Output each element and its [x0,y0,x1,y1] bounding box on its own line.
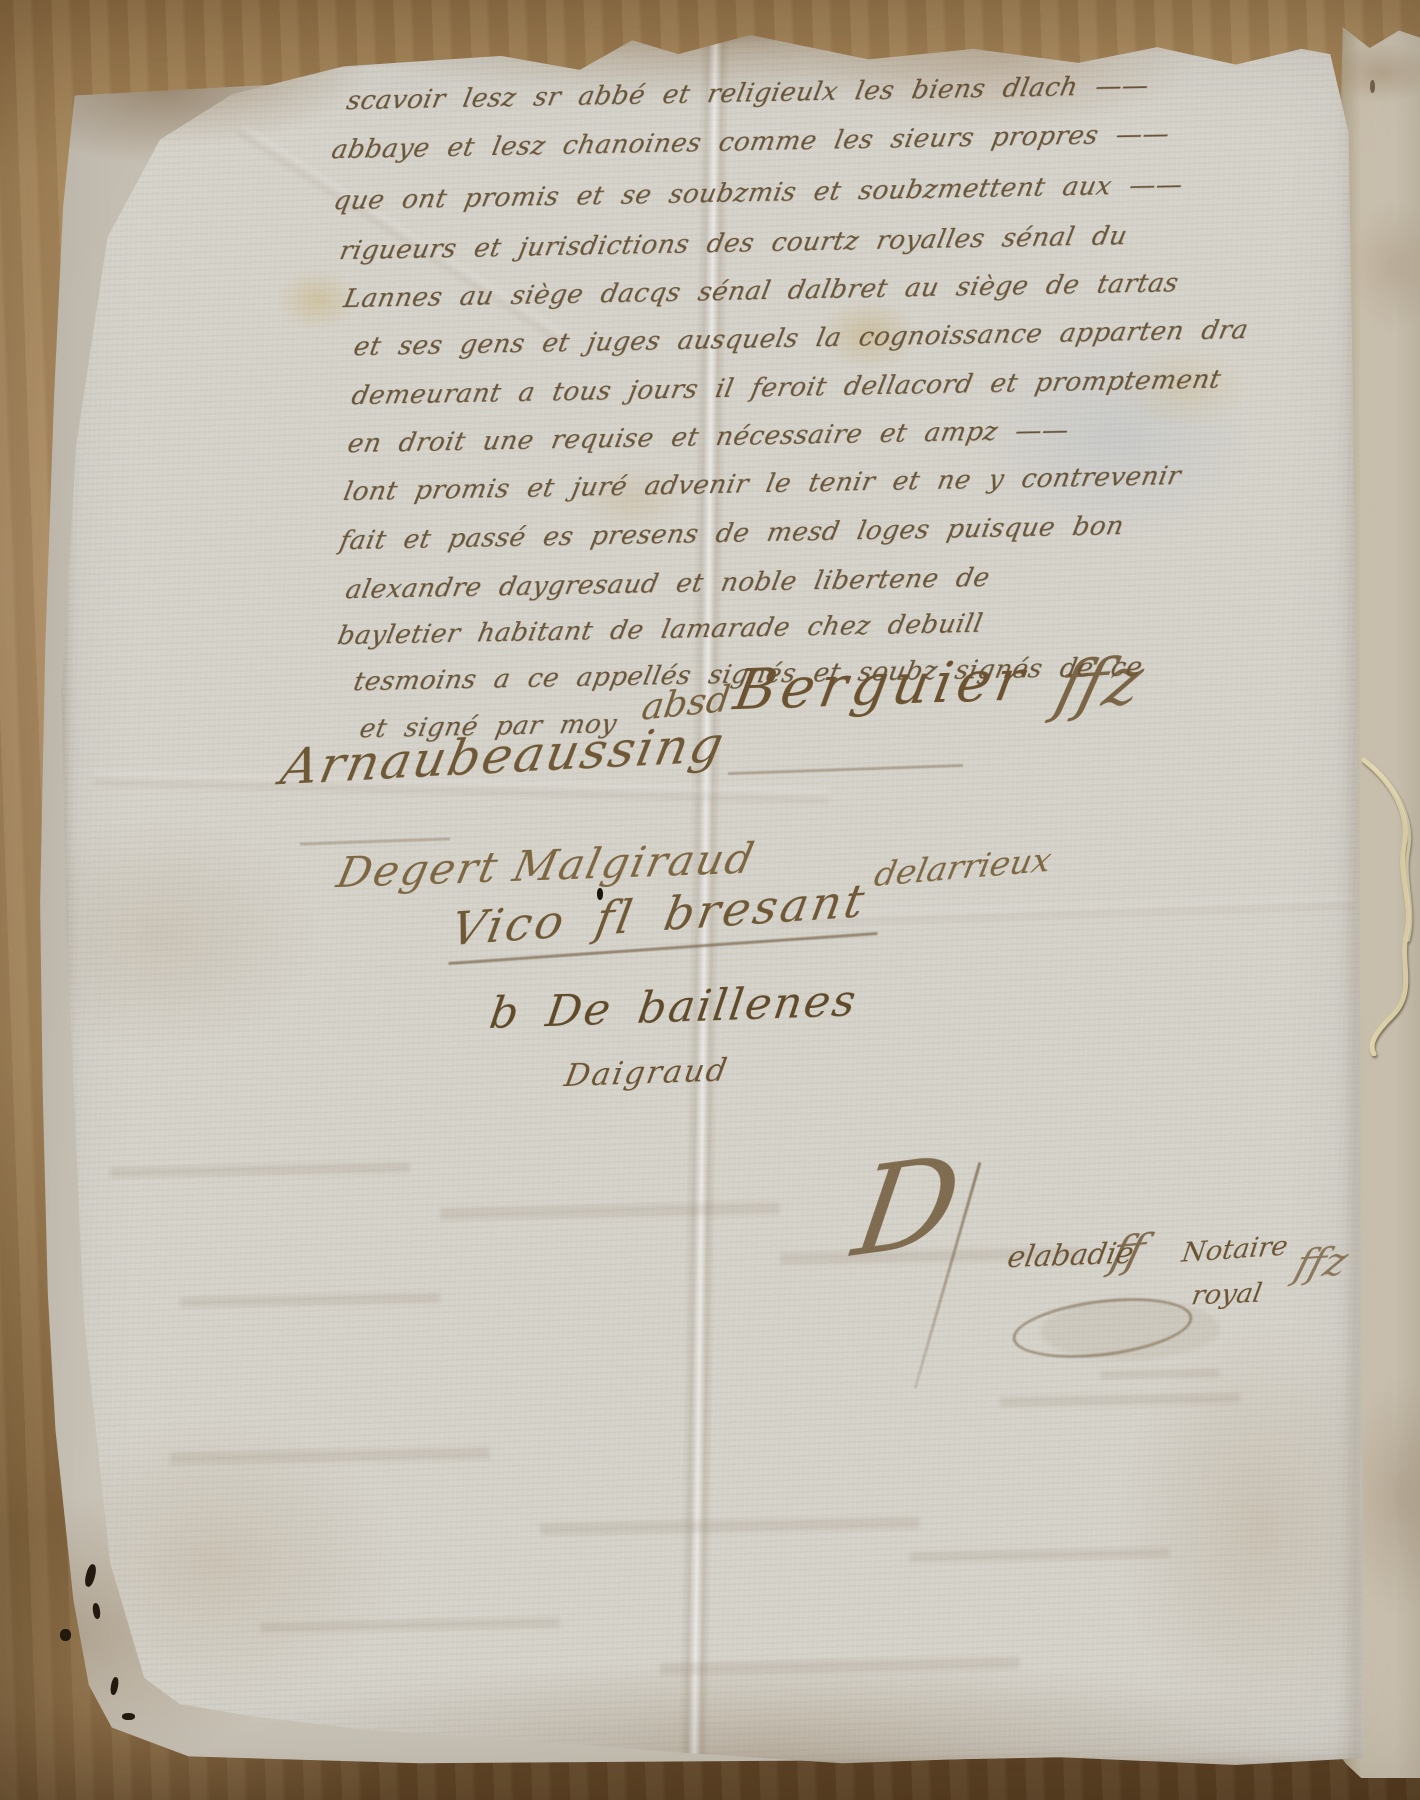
manuscript-line: fait et passé es presens de mesd loges p… [337,511,1126,556]
signature-daigraud: Daigraud [562,1052,732,1094]
ink-fleck [60,1629,71,1641]
show-through-mark [260,1617,560,1632]
manuscript-line: bayletier habitant de lamarade chez debu… [335,609,985,651]
show-through-mark [440,1202,780,1220]
show-through-mark [110,1162,410,1177]
manuscript-line: rigueurs et jurisdictions des courtz roy… [337,221,1130,266]
manuscript-line: alexandre daygresaud et noble libertene … [343,563,992,605]
show-through-mark [1100,1369,1220,1379]
show-through-mark [910,1548,1170,1563]
manuscript-line: que ont promis et se soubzmis et soubzme… [331,170,1185,216]
show-through-mark [180,1293,440,1308]
manuscript-line: et ses gens et juges ausquels la cognois… [351,315,1251,362]
signature-berguier: Berguier [729,648,1033,723]
manuscript-line: Lannes au siège dacqs sénal dalbret au s… [341,268,1181,314]
paper-hole [597,888,603,900]
ink-fleck [122,1713,135,1720]
ink-fleck [1370,80,1375,93]
show-through-mark [170,1447,490,1465]
show-through-mark [1000,1393,1240,1407]
manuscript-line: demeurant a tous jours il feroit dellaco… [349,364,1224,411]
show-through-mark [660,1657,1020,1675]
manuscript-line: lont promis et juré advenir le tenir et … [341,461,1184,507]
manuscript-line: en droit une requise et nécessaire et am… [345,415,1072,459]
binding-thread [1350,756,1420,1056]
manuscript-line: abbaye et lesz chanoines comme les sieur… [329,119,1172,165]
show-through-mark [540,1517,920,1536]
signature-royal-title: royal [1189,1278,1264,1311]
